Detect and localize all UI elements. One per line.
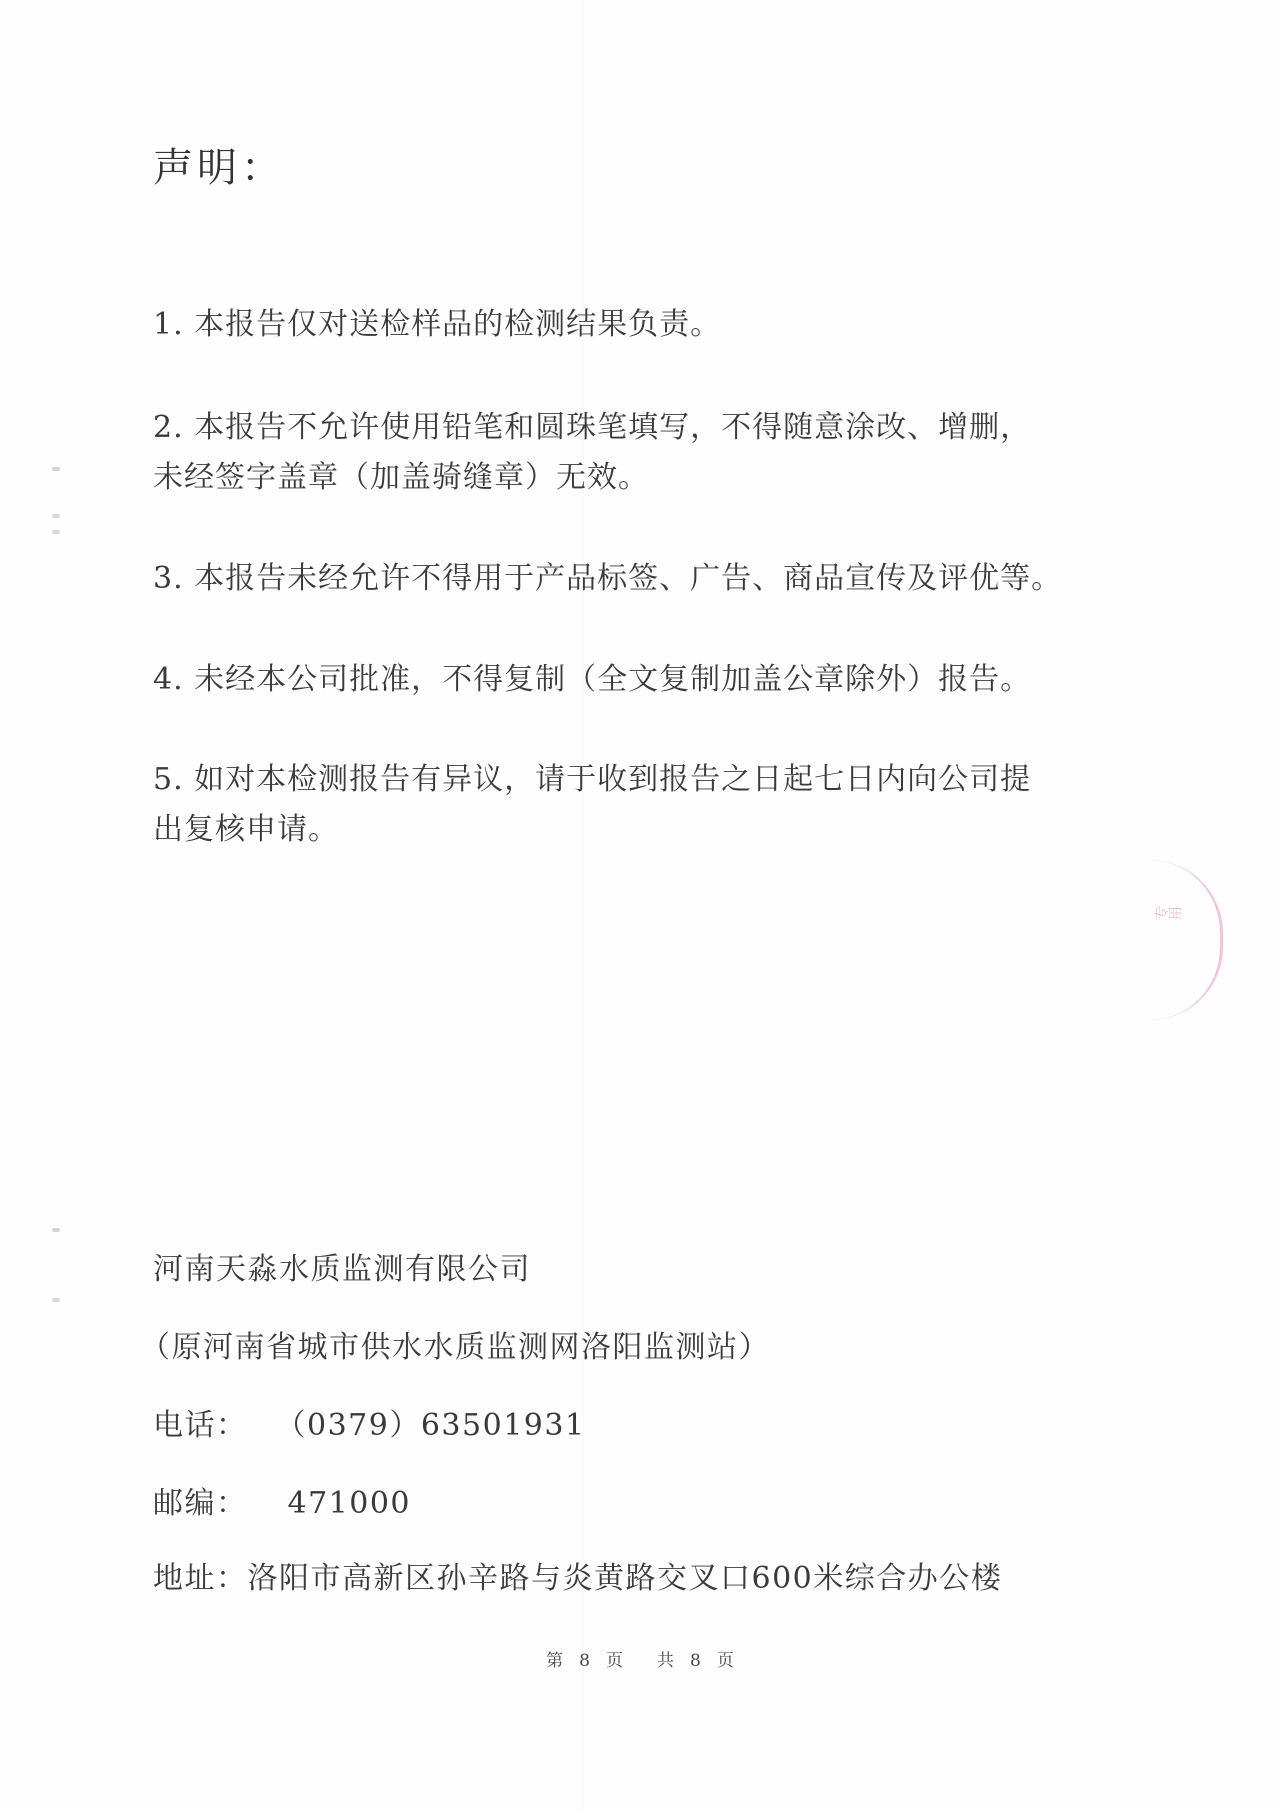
statement-2: 2. 本报告不允许使用铅笔和圆珠笔填写，不得随意涂改、增删， 未经签字盖章（加盖… bbox=[153, 403, 1153, 503]
seal-stamp-partial bbox=[1150, 860, 1223, 1020]
scan-speck bbox=[52, 530, 60, 534]
statement-4-line-1: 4. 未经本公司批准，不得复制（全文复制加盖公章除外）报告。 bbox=[153, 655, 1153, 705]
statement-5-line-1: 5. 如对本检测报告有异议，请于收到报告之日起七日内向公司提 bbox=[153, 755, 1153, 805]
page-total: 8 bbox=[690, 1651, 701, 1671]
statement-1: 1. 本报告仅对送检样品的检测结果负责。 bbox=[153, 300, 1153, 350]
scan-speck bbox=[52, 467, 60, 471]
scan-speck bbox=[52, 514, 60, 518]
statement-2-line-2: 未经签字盖章（加盖骑缝章）无效。 bbox=[153, 453, 1153, 503]
company-phone: 电话：（0379）63501931 bbox=[153, 1400, 586, 1444]
declaration-title: 声明： bbox=[153, 136, 285, 193]
scan-fold-line bbox=[583, 0, 584, 1810]
company-postcode: 邮编：471000 bbox=[153, 1478, 411, 1522]
postcode-label: 邮编： bbox=[153, 1478, 248, 1522]
scan-speck bbox=[52, 1228, 60, 1232]
page-prefix: 第 bbox=[546, 1651, 563, 1671]
statement-5: 5. 如对本检测报告有异议，请于收到报告之日起七日内向公司提 出复核申请。 bbox=[153, 755, 1153, 855]
page-current: 8 bbox=[579, 1651, 590, 1671]
page-total-suffix: 页 bbox=[717, 1651, 734, 1671]
statement-4: 4. 未经本公司批准，不得复制（全文复制加盖公章除外）报告。 bbox=[153, 655, 1153, 705]
company-former-name: （原河南省城市供水水质监测网洛阳监测站） bbox=[140, 1322, 770, 1366]
address-value: 洛阳市高新区孙辛路与炎黄路交叉口600米综合办公楼 bbox=[248, 1561, 1003, 1596]
postcode-value: 471000 bbox=[288, 1486, 412, 1521]
statement-3: 3. 本报告未经允许不得用于产品标签、广告、商品宣传及评优等。 bbox=[153, 554, 1153, 604]
page-word: 页 bbox=[606, 1651, 623, 1671]
company-name: 河南天淼水质监测有限公司 bbox=[153, 1244, 531, 1288]
statement-3-line-1: 3. 本报告未经允许不得用于产品标签、广告、商品宣传及评优等。 bbox=[153, 554, 1153, 604]
page-number: 第8页共8页 bbox=[0, 1646, 1280, 1671]
seal-stamp-text: 专用 bbox=[1154, 904, 1182, 924]
page-total-prefix: 共 bbox=[657, 1651, 674, 1671]
scan-speck bbox=[52, 1298, 60, 1302]
company-address: 地址：洛阳市高新区孙辛路与炎黄路交叉口600米综合办公楼 bbox=[153, 1553, 1002, 1597]
address-label: 地址： bbox=[153, 1553, 248, 1597]
phone-label: 电话： bbox=[153, 1400, 248, 1444]
document-page: 声明： 1. 本报告仅对送检样品的检测结果负责。 2. 本报告不允许使用铅笔和圆… bbox=[0, 0, 1280, 1810]
statement-2-line-1: 2. 本报告不允许使用铅笔和圆珠笔填写，不得随意涂改、增删， bbox=[153, 403, 1153, 453]
statement-1-line-1: 1. 本报告仅对送检样品的检测结果负责。 bbox=[153, 300, 1153, 350]
phone-value: （0379）63501931 bbox=[276, 1400, 586, 1444]
statement-5-line-2: 出复核申请。 bbox=[153, 805, 1153, 855]
